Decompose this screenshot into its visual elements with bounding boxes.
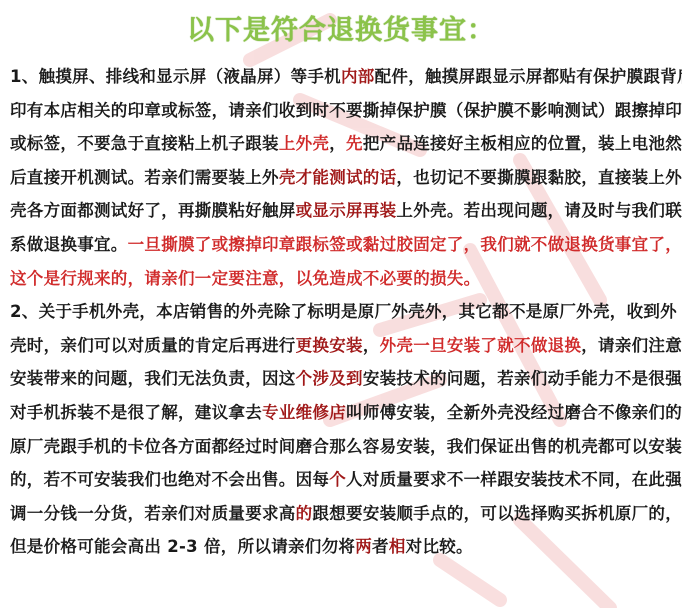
- body-text: 壳各方面都测试好了，再撕膜粘好触屏: [10, 201, 296, 220]
- body-text: 配件，触摸屏跟显示屏都贴有保护膜跟背后: [375, 67, 682, 86]
- text-line: 原厂壳跟手机的卡位各方面都经过时间磨合那么容易安装，我们保证出售的机壳都可以安装: [10, 430, 678, 464]
- body-text: 对手机拆装不是很了解，建议拿去: [10, 403, 262, 422]
- text-line: 的，若不可安装我们也绝对不会出售。因每个人对质量要求不一样跟安装技术不同，在此强: [10, 463, 678, 497]
- text-line: 1、触摸屏、排线和显示屏（液晶屏）等手机内部配件，触摸屏跟显示屏都贴有保护膜跟背…: [10, 60, 678, 94]
- policy-text: 1、触摸屏、排线和显示屏（液晶屏）等手机内部配件，触摸屏跟显示屏都贴有保护膜跟背…: [10, 60, 678, 564]
- page-title: 以下是符合退换货事宜：: [0, 8, 682, 47]
- text-line: 壳时，亲们可以对质量的肯定后再进行更换安装，外壳一旦安装了就不做退换，请亲们注意…: [10, 329, 678, 363]
- highlighted-text: 一旦撕膜了或擦掉印章跟标签或黏过胶固定了，我们就不做退换货事宜了，: [128, 235, 682, 254]
- highlighted-text: 或显示屏再装: [296, 201, 397, 220]
- highlighted-text: 外壳一旦安装了就不做退换: [380, 336, 582, 355]
- body-text: 把产品连接好主板相应的位置，装上电池然: [363, 134, 682, 153]
- body-text: 叫师傅安装，全新外壳没经过磨合不像亲们的: [346, 403, 682, 422]
- text-line: 系做退换事宜。一旦撕膜了或擦掉印章跟标签或黏过胶固定了，我们就不做退换货事宜了，: [10, 228, 678, 262]
- body-text: ，也切记不要撕膜跟黏胶，直接装上外: [396, 168, 682, 187]
- body-text: 安装带来的问题，我们无法负责，因这: [10, 369, 296, 388]
- text-line: 这个是行规来的，请亲们一定要注意，以免造成不必要的损失。: [10, 262, 678, 296]
- text-line: 印有本店相关的印章或标签，请亲们收到时不要撕掉保护膜（保护膜不影响测试）跟擦掉印…: [10, 94, 678, 128]
- highlighted-text: 专业维修店: [262, 403, 346, 422]
- body-text: 系做退换事宜。: [10, 235, 128, 254]
- highlighted-text: 上外壳: [279, 134, 329, 153]
- body-text: ，请亲们注意。: [581, 336, 682, 355]
- text-line: 对手机拆装不是很了解，建议拿去专业维修店叫师傅安装，全新外壳没经过磨合不像亲们的: [10, 396, 678, 430]
- text-line: 后直接开机测试。若亲们需要装上外壳才能测试的话，也切记不要撕膜跟黏胶，直接装上外: [10, 161, 678, 195]
- text-line: 但是价格可能会高出 2-3 倍，所以请亲们勿将两者相对比较。: [10, 530, 678, 564]
- body-text: 或标签，不要急于直接粘上机子跟装: [10, 134, 279, 153]
- body-text: 人对质量要求不一样跟安装技术不同，在此强: [346, 470, 682, 489]
- body-text: 上外壳。若出现问题，请及时与我们联: [396, 201, 682, 220]
- body-text: 的，若不可安装我们也绝对不会出售。因每: [10, 470, 329, 489]
- text-line: 调一分钱一分货，若亲们对质量要求高的跟想要安装顺手点的，可以选择购买拆机原厂的，: [10, 497, 678, 531]
- body-text: 2、关于手机外壳，本店销售的外壳除了标明是原厂外壳外，其它都不是原厂外壳，收到外: [10, 302, 677, 321]
- highlighted-text: 内部: [341, 67, 375, 86]
- highlighted-text: 这个是行规来的，请亲们一定要注意，以免造成不必要的损失。: [10, 269, 480, 288]
- highlighted-text: 壳才能测试的话: [279, 168, 397, 187]
- body-text: 原厂壳跟手机的卡位各方面都经过时间磨合那么容易安装，我们保证出售的机壳都可以安装: [10, 437, 682, 456]
- text-line: 壳各方面都测试好了，再撕膜粘好触屏或显示屏再装上外壳。若出现问题，请及时与我们联: [10, 194, 678, 228]
- highlighted-text: 两: [355, 537, 372, 556]
- body-text: 调一分钱一分货，若亲们对质量要求高: [10, 504, 296, 523]
- body-text: 但是价格可能会高出 2-3 倍，所以请亲们勿将: [10, 537, 355, 556]
- body-text: 安装技术的问题，若亲们动手能力不是很强，: [363, 369, 682, 388]
- highlighted-text: 个涉及到: [296, 369, 363, 388]
- body-text: 者: [372, 537, 389, 556]
- body-text: 壳时，亲们可以对质量的肯定后再进行: [10, 336, 296, 355]
- body-text: 印有本店相关的印章或标签，请亲们收到时不要撕掉保护膜（保护膜不影响测试）跟擦掉印…: [10, 101, 682, 120]
- highlighted-text: 的: [296, 504, 313, 523]
- body-text: 后直接开机测试。若亲们需要装上外: [10, 168, 279, 187]
- text-line: 安装带来的问题，我们无法负责，因这个涉及到安装技术的问题，若亲们动手能力不是很强…: [10, 362, 678, 396]
- text-line: 或标签，不要急于直接粘上机子跟装上外壳，先把产品连接好主板相应的位置，装上电池然: [10, 127, 678, 161]
- body-text: 跟想要安装顺手点的，可以选择购买拆机原厂的，: [312, 504, 682, 523]
- highlighted-text: 先: [346, 134, 363, 153]
- highlighted-text: 相: [389, 537, 406, 556]
- highlighted-text: 更换安装: [296, 336, 363, 355]
- highlighted-text: 个: [329, 470, 346, 489]
- body-text: ，: [363, 336, 380, 355]
- body-text: 对比较。: [406, 537, 473, 556]
- body-text: 1、触摸屏、排线和显示屏（液晶屏）等手机: [10, 67, 341, 86]
- text-line: 2、关于手机外壳，本店销售的外壳除了标明是原厂外壳外，其它都不是原厂外壳，收到外: [10, 295, 678, 329]
- body-text: ，: [329, 134, 346, 153]
